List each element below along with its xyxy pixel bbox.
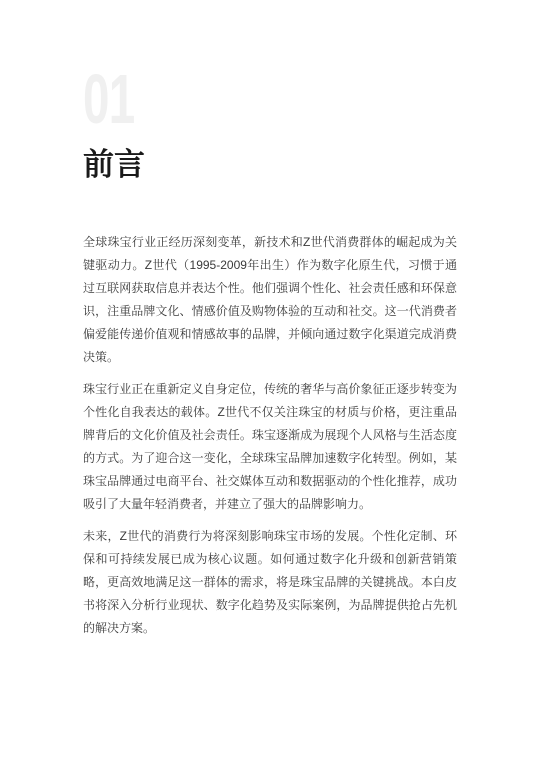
chapter-number: 01 bbox=[83, 64, 337, 134]
page-content: 01 前言 全球珠宝行业正经历深刻变革，新技术和Z世代消费群体的崛起成为关键驱动… bbox=[0, 0, 540, 640]
document-page: 01 前言 全球珠宝行业正经历深刻变革，新技术和Z世代消费群体的崛起成为关键驱动… bbox=[0, 0, 540, 779]
body-paragraph: 全球珠宝行业正经历深刻变革，新技术和Z世代消费群体的崛起成为关键驱动力。Z世代（… bbox=[83, 231, 457, 369]
page-title: 前言 bbox=[83, 146, 457, 183]
body-paragraph: 未来，Z世代的消费行为将深刻影响珠宝市场的发展。个性化定制、环保和可持续发展已成… bbox=[83, 525, 457, 640]
body-text: 全球珠宝行业正经历深刻变革，新技术和Z世代消费群体的崛起成为关键驱动力。Z世代（… bbox=[83, 231, 457, 640]
body-paragraph: 珠宝行业正在重新定义自身定位，传统的奢华与高价象征正逐步转变为个性化自我表达的载… bbox=[83, 378, 457, 516]
